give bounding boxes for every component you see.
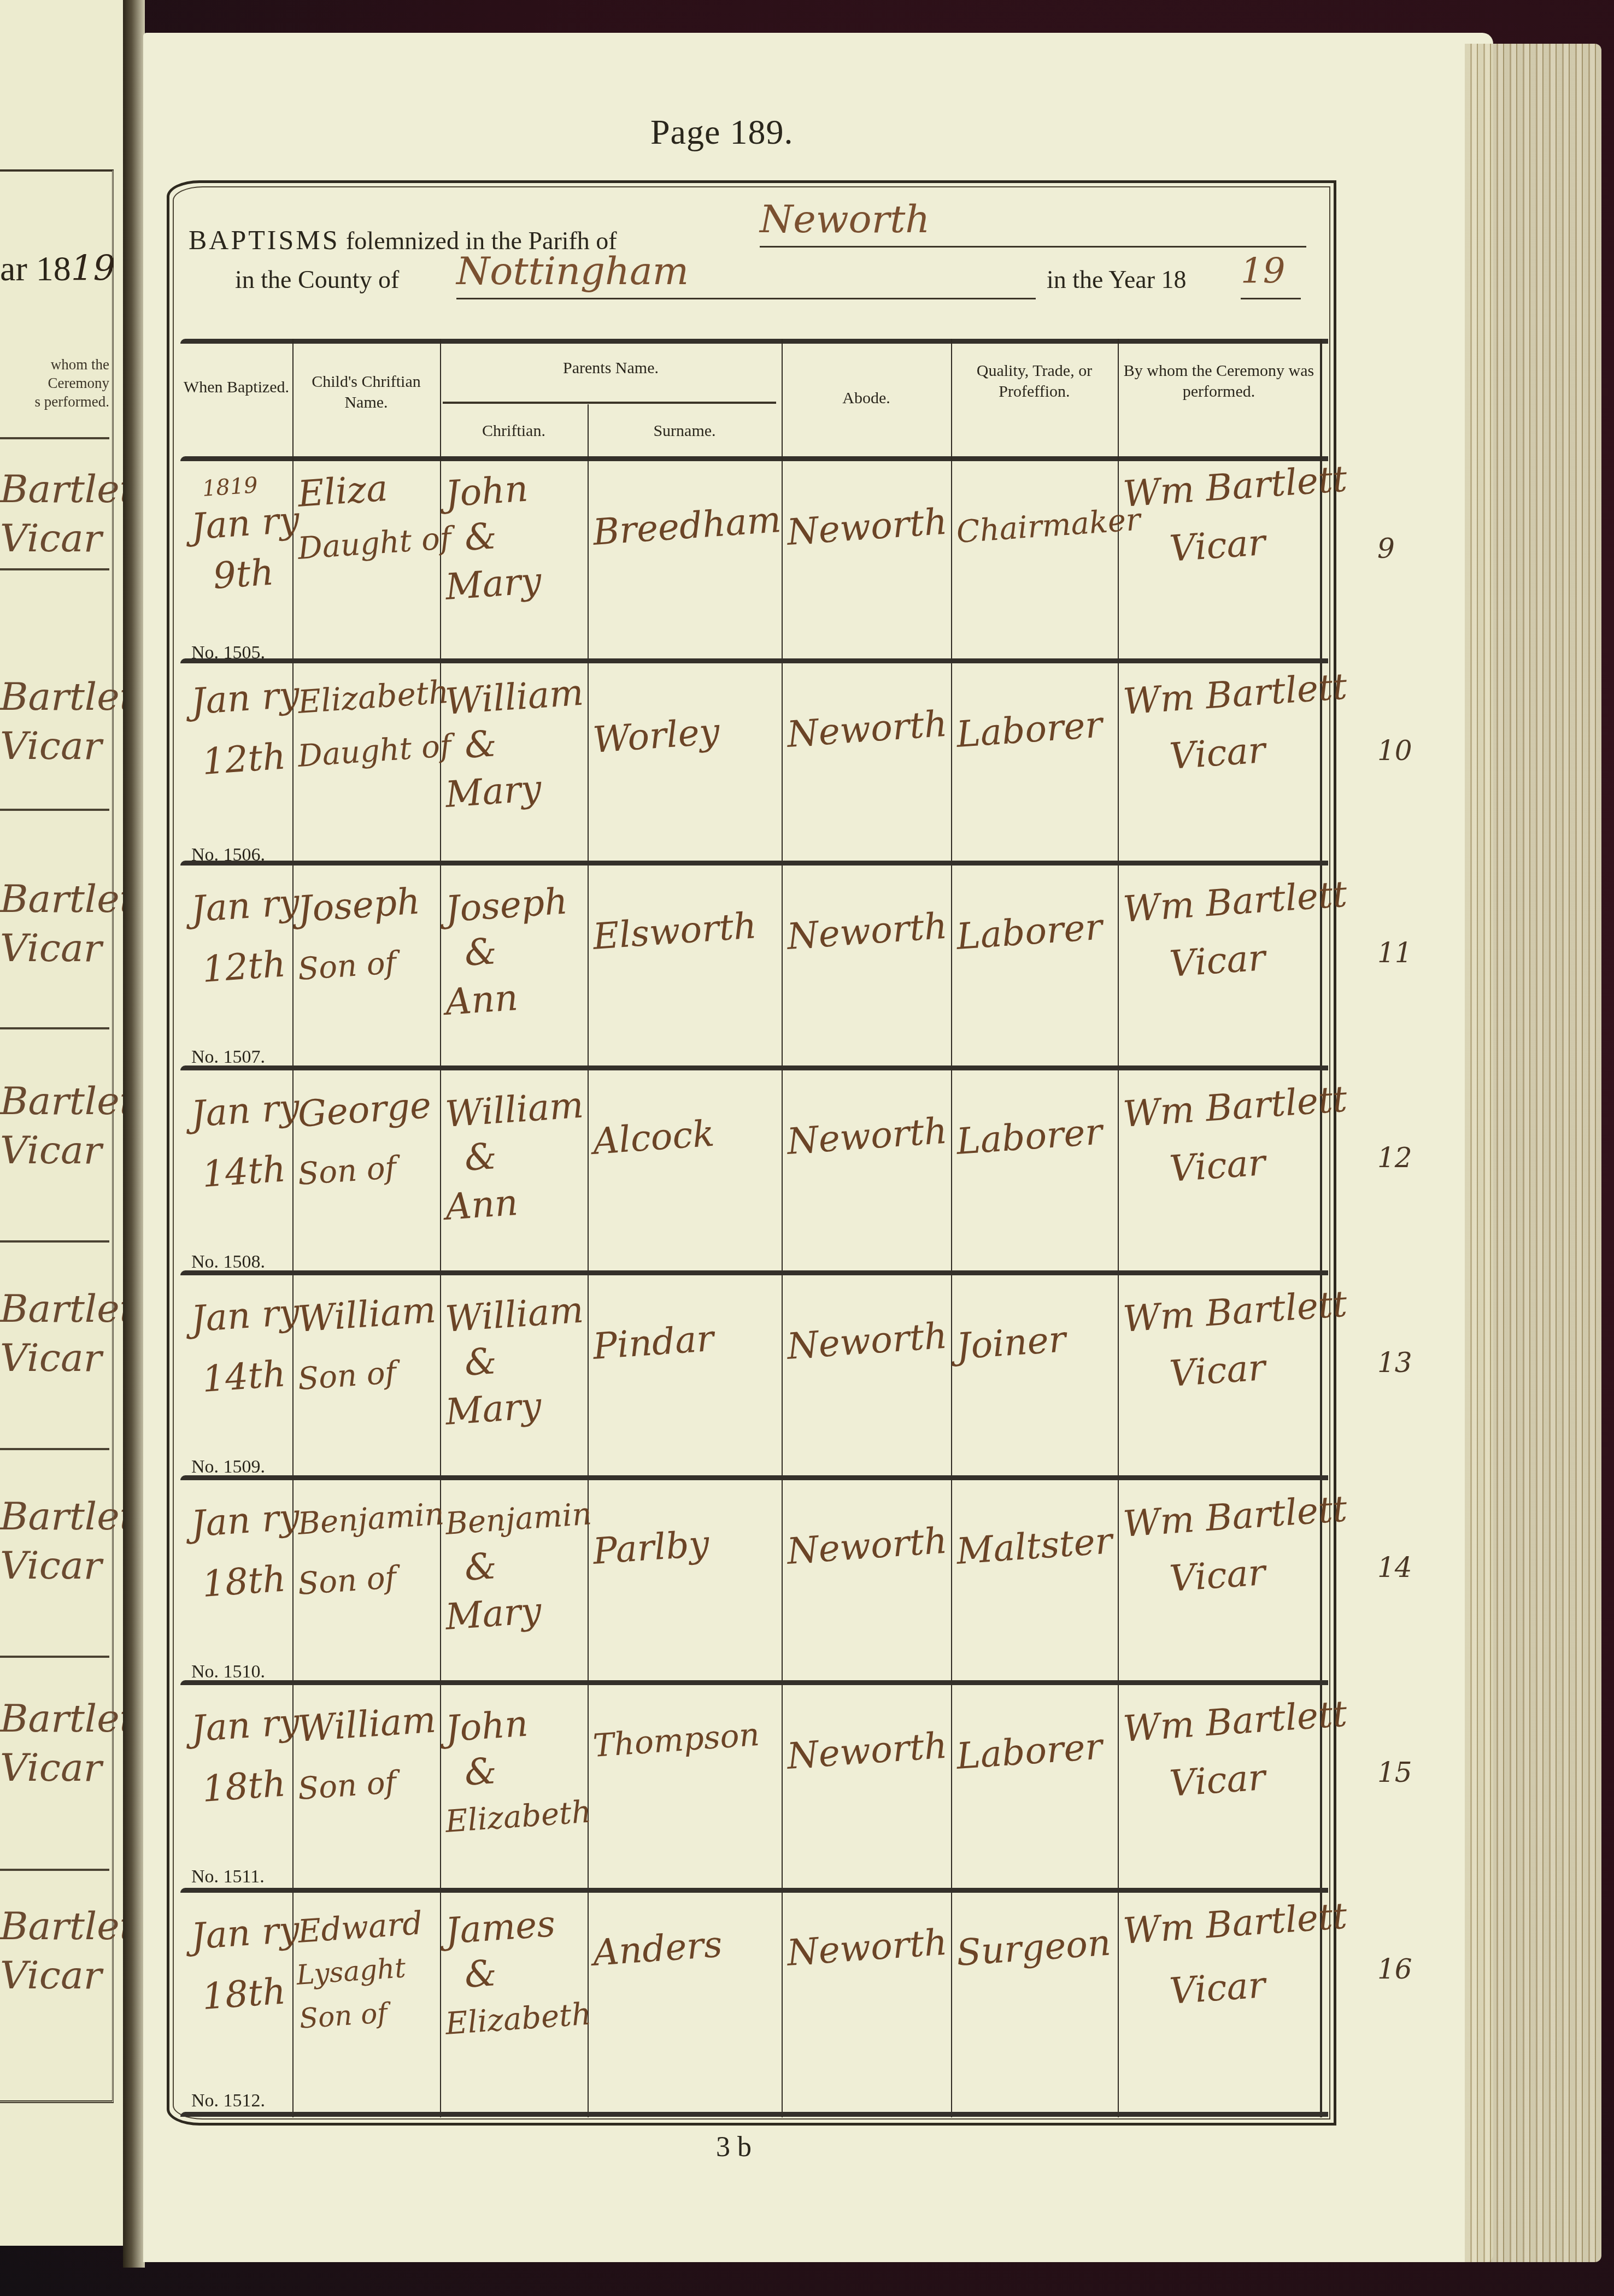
header-parents-name: Parents Name. xyxy=(440,358,782,379)
entry-officiant: Wm Bartlett xyxy=(1122,1686,1349,1756)
entry-abode: Neworth xyxy=(785,899,949,964)
entry-day: 12th xyxy=(201,729,288,789)
parents-name-rule xyxy=(443,402,776,404)
entry-month: Jan ry xyxy=(190,1902,302,1964)
entry-month: Jan ry xyxy=(190,667,302,729)
entry-officiant-title: Vicar xyxy=(1168,1340,1267,1402)
entry-officiant: Wm Bartlett xyxy=(1122,1276,1349,1346)
entry-day: 14th xyxy=(201,1346,288,1406)
entry-mother: Mary xyxy=(444,554,543,615)
entry-mother: Ann xyxy=(444,1175,520,1235)
entry-child-relation: Son of xyxy=(296,1756,398,1817)
left-page-rule xyxy=(0,1869,109,1871)
left-page-entry: BartlettVicar xyxy=(0,874,112,973)
entry-month: Jan ry xyxy=(190,1490,302,1552)
left-page-rule xyxy=(0,1656,109,1658)
entry-mother: Mary xyxy=(444,1379,543,1440)
margin-count: 10 xyxy=(1377,735,1412,767)
header-parents-christian: Chriftian. xyxy=(440,421,588,441)
entry-child-name: Joseph xyxy=(296,874,422,937)
left-page-rule xyxy=(0,1027,109,1029)
entry-quality: Chairmaker xyxy=(955,493,1142,560)
entry-abode: Neworth xyxy=(785,697,949,762)
margin-count: 16 xyxy=(1377,1953,1412,1985)
entry-surname: Elsworth xyxy=(591,898,759,964)
entry-surname: Pindar xyxy=(591,1311,716,1374)
entry-surname: Worley xyxy=(591,704,722,768)
left-page-entry: BartlettVicar xyxy=(0,1492,112,1590)
header-bottom-rule xyxy=(180,456,1328,461)
left-page-entry: BartlettVicar xyxy=(0,1284,112,1382)
table-row: Jan ry 14th William Son of William & Mar… xyxy=(180,1276,1328,1475)
entry-abode: Neworth xyxy=(785,1718,949,1784)
entry-mother: Mary xyxy=(444,761,543,822)
margin-count: 15 xyxy=(1377,1757,1412,1788)
margin-count: 9 xyxy=(1377,533,1395,564)
left-page-column-header: whom the Ceremony s performed. xyxy=(0,355,109,411)
margin-count: 11 xyxy=(1377,937,1412,969)
parish-field: Neworth xyxy=(760,197,1306,248)
entry-child-name: William xyxy=(296,1692,438,1756)
row-rule xyxy=(180,658,1328,663)
header-parents-surname: Surname. xyxy=(588,421,782,441)
entry-mother: Elizabeth xyxy=(444,1987,593,2051)
entry-day: 9th xyxy=(212,545,276,604)
entry-child-relation: Son of xyxy=(296,936,398,997)
left-page-rule xyxy=(0,437,109,439)
entry-mother: Elizabeth xyxy=(444,1785,593,1849)
page-number: Page 189. xyxy=(650,112,793,152)
entry-officiant-title: Vicar xyxy=(1168,1958,1267,2019)
left-page-entry: BartlettVicar xyxy=(0,672,112,770)
header-by-whom: By whom the Ceremony was performed. xyxy=(1118,361,1320,402)
entry-child-name: Elizabeth xyxy=(296,664,451,729)
entry-child-relation: Son of xyxy=(296,1141,398,1202)
entry-month: Jan ry xyxy=(190,1080,302,1142)
entry-child-name: George xyxy=(296,1078,433,1142)
entry-officiant: Wm Bartlett xyxy=(1122,1888,1349,1958)
entry-surname: Anders xyxy=(591,1917,724,1981)
entry-month: Jan ry xyxy=(190,492,302,555)
left-page-entry: BartlettVicar xyxy=(0,464,112,563)
entry-father: James xyxy=(444,1897,557,1959)
left-page-rule xyxy=(0,1240,109,1243)
form-year-label: in the Year 18 xyxy=(1047,265,1187,294)
page-fore-edge xyxy=(1465,44,1601,2262)
entry-number: No. 1512. xyxy=(191,2074,265,2128)
signature-mark: 3 b xyxy=(716,2131,752,2163)
left-page-year: ar 1819 xyxy=(0,249,115,289)
table-row: Jan ry 18th Edward Lysaght Son of James … xyxy=(180,1893,1328,2112)
entry-day: 14th xyxy=(201,1141,288,1202)
left-page-entry: BartlettVicar xyxy=(0,1901,112,2000)
header-top-rule xyxy=(180,339,1328,344)
left-page-entry: BartlettVicar xyxy=(0,1076,112,1175)
entry-mother: Ann xyxy=(444,970,520,1030)
table-row: Jan ry 18th Benjamin Son of Benjamin & M… xyxy=(180,1481,1328,1680)
entry-abode: Neworth xyxy=(785,1915,949,1981)
entry-child-name: Eliza xyxy=(296,461,390,522)
row-rule xyxy=(180,1270,1328,1275)
entry-child-relation: Lysaght Son of xyxy=(295,1944,443,2041)
entry-surname: Breedham xyxy=(591,492,783,560)
book-gutter xyxy=(123,0,145,2268)
entry-surname: Alcock xyxy=(591,1106,717,1169)
table-row: Jan ry 12th Elizabeth Daught of William … xyxy=(180,664,1328,861)
entry-officiant-title: Vicar xyxy=(1168,1545,1267,1606)
table-row: 1819 Jan ry 9th Eliza Daught of John & M… xyxy=(180,462,1328,658)
entry-quality: Laborer xyxy=(955,1719,1105,1783)
entry-officiant-title: Vicar xyxy=(1168,931,1267,992)
entry-child-relation: Son of xyxy=(296,1551,398,1612)
entry-quality: Laborer xyxy=(955,697,1105,762)
entry-day: 12th xyxy=(201,937,288,997)
entry-quality: Maltster xyxy=(955,1514,1114,1579)
entry-abode: Neworth xyxy=(785,1309,949,1374)
entry-officiant: Wm Bartlett xyxy=(1122,659,1349,729)
entry-officiant-title: Vicar xyxy=(1168,1750,1267,1811)
entry-officiant: Wm Bartlett xyxy=(1122,1072,1349,1141)
entry-quality: Joiner xyxy=(955,1312,1068,1374)
entry-quality: Laborer xyxy=(955,899,1105,964)
entry-child-relation: Daught of xyxy=(296,511,453,576)
entry-child-name: Benjamin xyxy=(296,1487,447,1551)
entry-abode: Neworth xyxy=(785,494,949,560)
entry-day: 18th xyxy=(201,1756,288,1816)
entry-month: Jan ry xyxy=(190,1285,302,1347)
row-rule xyxy=(180,1888,1328,1893)
margin-count: 12 xyxy=(1377,1142,1412,1174)
header-when-baptized: When Baptized. xyxy=(180,377,292,398)
header-childs-name: Child's Chriftian Name. xyxy=(292,372,440,413)
left-page-rule xyxy=(0,1448,109,1450)
entry-quality: Surgeon xyxy=(955,1915,1113,1980)
table-row: Jan ry 18th William Son of John & Elizab… xyxy=(180,1686,1328,1888)
table-bottom-rule xyxy=(180,2112,1328,2117)
row-rule xyxy=(180,1065,1328,1070)
entry-child-name: William xyxy=(296,1282,438,1346)
entry-officiant: Wm Bartlett xyxy=(1122,867,1349,937)
entry-surname: Thompson xyxy=(591,1707,761,1773)
entry-child-relation: Daught of xyxy=(296,719,453,784)
margin-count: 14 xyxy=(1377,1552,1412,1583)
entry-officiant-title: Vicar xyxy=(1168,1135,1267,1197)
row-rule xyxy=(180,1475,1328,1480)
entry-officiant: Wm Bartlett xyxy=(1122,451,1349,521)
entry-abode: Neworth xyxy=(785,1104,949,1169)
county-field: Nottingham xyxy=(456,249,1036,299)
entry-abode: Neworth xyxy=(785,1514,949,1579)
left-page: ar 1819 whom the Ceremony s performed. B… xyxy=(0,0,127,2246)
entry-quality: Laborer xyxy=(955,1104,1105,1169)
entry-day: 18th xyxy=(201,1551,288,1611)
header-abode: Abode. xyxy=(782,388,951,409)
table-row: Jan ry 12th Joseph Son of Joseph & Ann E… xyxy=(180,866,1328,1065)
entry-month: Jan ry xyxy=(190,875,302,937)
left-page-rule xyxy=(0,809,109,811)
entry-day: 18th xyxy=(201,1964,288,2024)
entry-officiant-title: Vicar xyxy=(1168,515,1267,576)
row-rule xyxy=(180,861,1328,866)
entry-officiant-title: Vicar xyxy=(1168,723,1267,784)
left-page-entry: BartlettVicar xyxy=(0,1694,112,1792)
entry-surname: Parlby xyxy=(591,1516,711,1579)
entry-month: Jan ry xyxy=(190,1694,302,1757)
table-row: Jan ry 14th George Son of William & Ann … xyxy=(180,1071,1328,1270)
form-title-line-2: in the County of xyxy=(235,265,399,294)
header-quality: Quality, Trade, or Profeffion. xyxy=(951,361,1118,402)
baptism-register-table: When Baptized. Child's Chriftian Name. P… xyxy=(180,339,1328,2117)
margin-count: 13 xyxy=(1377,1347,1412,1379)
entry-mother: Mary xyxy=(444,1583,543,1645)
year-field: 19 xyxy=(1241,251,1301,299)
row-rule xyxy=(180,1680,1328,1685)
entry-child-relation: Son of xyxy=(296,1346,398,1407)
entry-officiant: Wm Bartlett xyxy=(1122,1481,1349,1551)
left-page-rule xyxy=(0,568,109,570)
